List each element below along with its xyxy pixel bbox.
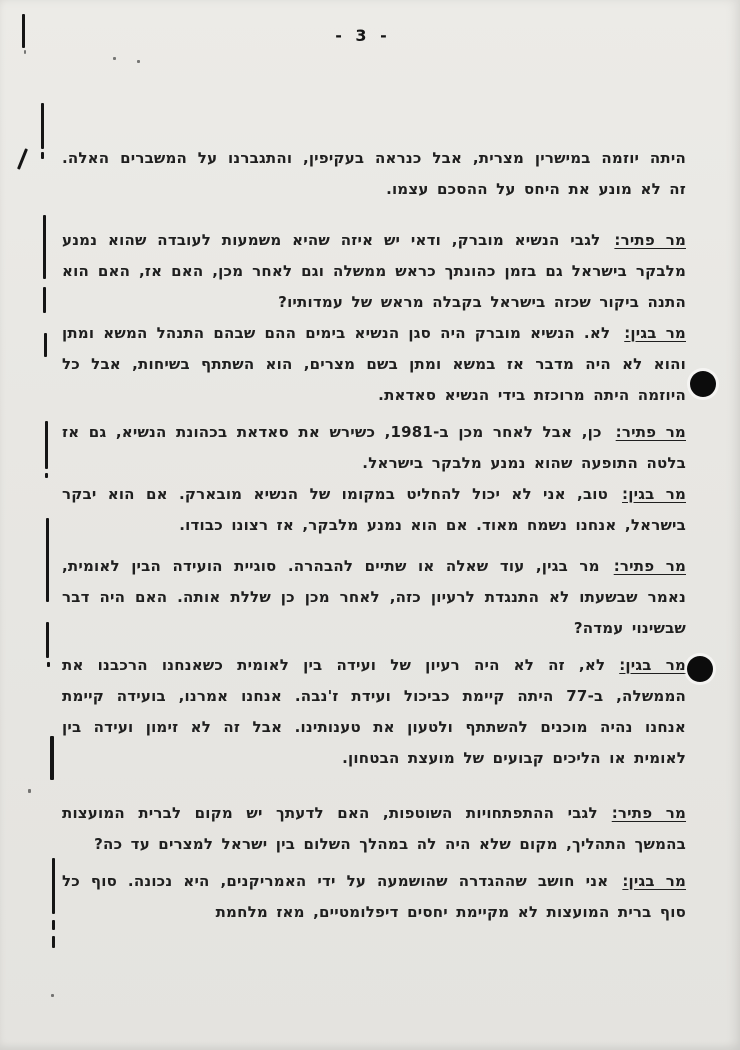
scanned-document-page: { "meta": { "paper_color": "#e8e7e3", "i… [0,0,740,1050]
speaker-label: מר פתיר: [614,231,686,249]
binding-mark [44,333,47,357]
binding-mark [52,936,55,948]
paragraph-text: אני חושב שההגדרה שהושמעה על ידי האמריקני… [62,872,686,921]
paragraph-text: כן, אבל לאחר מכן ב-1981, כשירש את סאדאת … [62,423,686,472]
page-number: - 3 - [0,26,726,45]
transcript-paragraph: מר פתיר:כן, אבל לאחר מכן ב-1981, כשירש א… [62,417,686,479]
binding-mark [52,858,55,914]
binding-mark [47,662,50,667]
binding-mark [52,920,55,930]
binding-mark [22,14,25,48]
transcript-paragraph: מר בגין:לא, זה לא היה רעיון של ועידה בין… [62,650,686,774]
paragraph-text: לא. הנשיא מוברק היה סגן הנשיא בימים ההם … [62,324,686,404]
speaker-label: מר בגין: [622,485,686,503]
punch-hole-dot [690,371,716,397]
paragraph-text: היתה יוזמה במישרין מצרית, אבל כנראה בעקי… [62,149,686,198]
binding-mark [43,287,46,313]
binding-mark [45,421,48,469]
stray-speck [113,57,116,60]
binding-mark [17,148,28,170]
binding-mark [43,215,46,279]
stray-speck [51,994,54,997]
binding-mark [41,152,44,159]
speaker-label: מר בגין: [624,324,686,342]
transcript-paragraph: מר בגין:טוב, אני לא יכול להחליט במקומו ש… [62,479,686,541]
transcript-paragraph: מר פתיר:לגבי הנשיא מוברק, ודאי יש איזה ש… [62,225,686,318]
binding-mark [24,50,26,54]
transcript-body: היתה יוזמה במישרין מצרית, אבל כנראה בעקי… [62,143,686,928]
transcript-paragraph: מר פתיר:לגבי ההתפתחויות השוטפות, האם לדע… [62,798,686,860]
binding-mark [41,103,44,149]
paragraph-text: לגבי ההתפתחויות השוטפות, האם לדעתך יש מק… [62,804,686,853]
binding-mark [50,736,54,780]
stray-speck [28,789,31,793]
speaker-label: מר בגין: [622,872,686,890]
paragraph-text: לא, זה לא היה רעיון של ועידה בין לאומית … [62,656,686,767]
binding-mark [46,518,49,602]
stray-speck [137,60,140,63]
speaker-label: מר פתיר: [614,557,686,575]
punch-hole-dot [687,656,713,682]
transcript-paragraph: מר בגין:אני חושב שההגדרה שהושמעה על ידי … [62,866,686,928]
speaker-label: מר פתיר: [612,804,686,822]
speaker-label: מר בגין: [619,656,686,674]
paragraph-text: מר בגין, עוד שאלה או שתיים להבהרה. סוגיי… [62,557,686,637]
transcript-paragraph: מר פתיר:מר בגין, עוד שאלה או שתיים להבהר… [62,551,686,644]
paragraph-text: טוב, אני לא יכול להחליט במקומו של הנשיא … [62,485,686,534]
transcript-paragraph: היתה יוזמה במישרין מצרית, אבל כנראה בעקי… [62,143,686,205]
paragraph-text: לגבי הנשיא מוברק, ודאי יש איזה שהיא משמע… [62,231,686,311]
speaker-label: מר פתיר: [616,423,686,441]
binding-mark [45,473,48,478]
transcript-paragraph: מר בגין:לא. הנשיא מוברק היה סגן הנשיא בי… [62,318,686,411]
binding-mark [46,622,49,658]
